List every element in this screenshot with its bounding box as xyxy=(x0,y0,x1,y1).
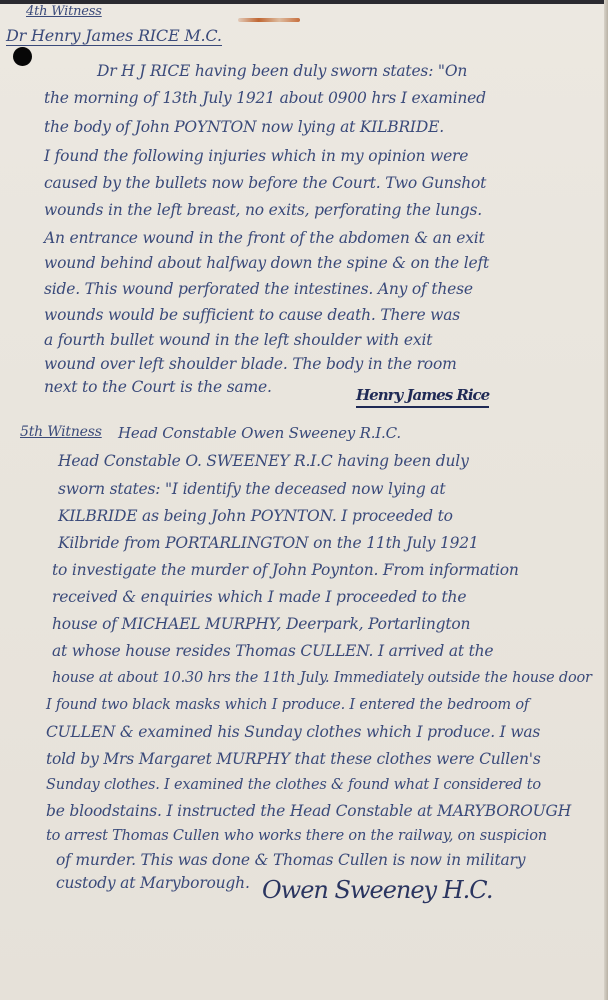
witness5-line: to arrest Thomas Cullen who works there … xyxy=(46,829,547,844)
witness4-line: wounds would be sufficient to cause deat… xyxy=(44,308,460,324)
punch-hole xyxy=(13,47,32,66)
witness5-line: Head Constable O. SWEENEY R.I.C having b… xyxy=(58,454,469,470)
witness4-line: I found the following injuries which in … xyxy=(44,149,468,165)
witness4-line: wounds in the left breast, no exits, per… xyxy=(44,203,482,219)
witness5-line: CULLEN & examined his Sunday clothes whi… xyxy=(46,725,540,741)
witness5-heading: Head Constable Owen Sweeney R.I.C. xyxy=(118,424,401,442)
witness4-line: the morning of 13th July 1921 about 0900… xyxy=(44,91,486,107)
witness5-line: sworn states: "I identify the deceased n… xyxy=(58,482,445,498)
witness4-line: An entrance wound in the front of the ab… xyxy=(44,231,485,247)
witness5-line: KILBRIDE as being John POYNTON. I procee… xyxy=(58,509,453,525)
witness5-line: be bloodstains. I instructed the Head Co… xyxy=(46,804,571,820)
witness4-line: wound behind about halfway down the spin… xyxy=(44,256,489,272)
witness5-line: of murder. This was done & Thomas Cullen… xyxy=(56,853,525,869)
witness5-line: I found two black masks which I produce.… xyxy=(46,698,529,713)
witness4-line: Dr H J RICE having been duly sworn state… xyxy=(97,64,467,80)
witness5-line: Kilbride from PORTARLINGTON on the 11th … xyxy=(58,536,479,552)
right-border xyxy=(604,0,608,1000)
witness5-line: to investigate the murder of John Poynto… xyxy=(52,563,519,579)
witness5-line: custody at Maryborough. xyxy=(56,876,250,892)
witness4-line: wound over left shoulder blade. The body… xyxy=(44,357,457,373)
witness4-line: next to the Court is the same. xyxy=(44,380,272,396)
witness5-line: house of MICHAEL MURPHY, Deerpark, Porta… xyxy=(52,617,470,633)
witness5-line: received & enquiries which I made I proc… xyxy=(52,590,466,606)
witness4-line: caused by the bullets now before the Cou… xyxy=(44,176,486,192)
witness5-line: told by Mrs Margaret MURPHY that these c… xyxy=(46,752,541,768)
witness4-name: Dr Henry James RICE M.C. xyxy=(6,26,222,46)
witness5-line: Sunday clothes. I examined the clothes &… xyxy=(46,778,541,793)
witness4-line: the body of John POYNTON now lying at KI… xyxy=(44,120,444,136)
signature-rice: Henry James Rice xyxy=(356,386,489,408)
witness5-label: 5th Witness xyxy=(20,424,102,440)
witness4-label: 4th Witness xyxy=(26,4,102,19)
witness4-line: a fourth bullet wound in the left should… xyxy=(44,333,432,349)
document-page: 4th Witness Dr Henry James RICE M.C. Dr … xyxy=(0,0,608,1000)
witness4-line: side. This wound perforated the intestin… xyxy=(44,282,473,298)
signature-sweeney: Owen Sweeney H.C. xyxy=(262,876,492,904)
witness5-line: at whose house resides Thomas CULLEN. I … xyxy=(52,644,493,660)
rust-stain xyxy=(238,18,300,22)
witness5-line: house at about 10.30 hrs the 11th July. … xyxy=(52,671,592,686)
